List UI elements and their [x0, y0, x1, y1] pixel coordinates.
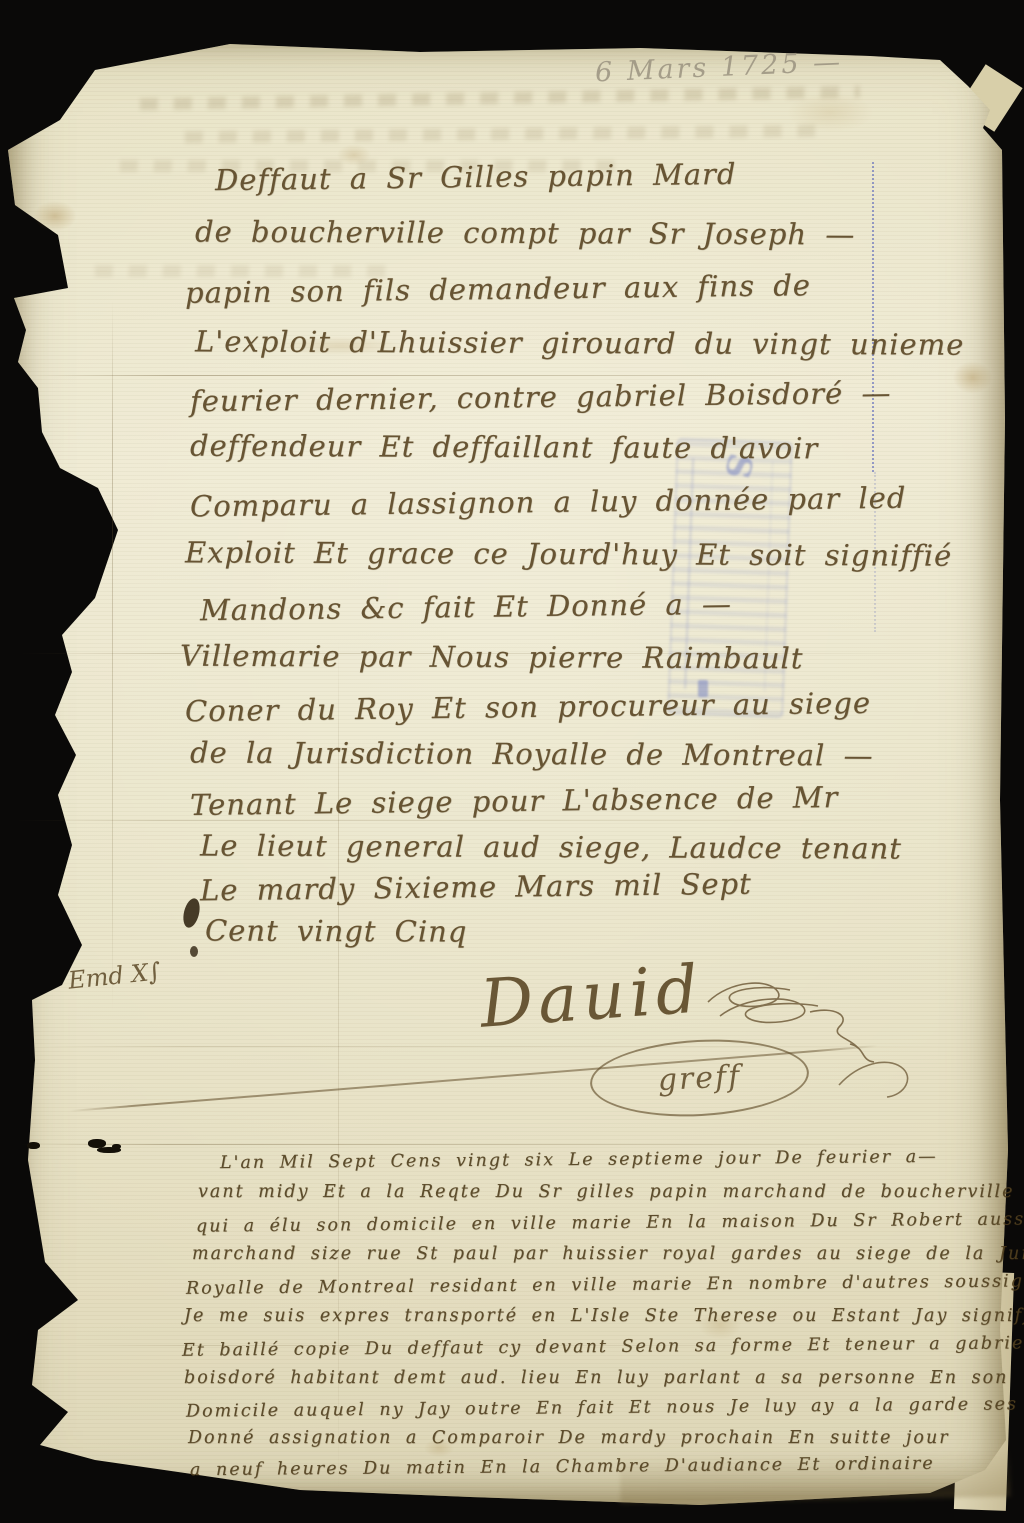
- archival-stamp: [667, 438, 793, 718]
- manuscript-line: boisdoré habitant demt aud. lieu En luy …: [184, 1368, 1008, 1388]
- manuscript-line: Exploit Et grace ce Jourd'huy Et soit si…: [185, 535, 952, 572]
- manuscript-line: Villemarie par Nous pierre Raimbault: [180, 639, 804, 676]
- stain: [945, 355, 1000, 400]
- manuscript-line: marchand size rue St paul par huissier r…: [192, 1244, 1024, 1264]
- crease-tear: [27, 1142, 40, 1149]
- signature-name: Dauid: [478, 950, 706, 1042]
- manuscript-line: Mandons &c fait Et Donné a —: [200, 587, 732, 627]
- clerk-oval-tail: [835, 1045, 925, 1105]
- manuscript-line: vant midy Et a la Reqte Du Sr gilles pap…: [198, 1182, 1015, 1202]
- fold-crease: [15, 820, 990, 821]
- manuscript-line: deffendeur Et deffaillant faute d'avoir: [190, 429, 818, 466]
- manuscript-line: de la Jurisdiction Royalle de Montreal —: [190, 736, 874, 773]
- crease-tear: [97, 1147, 121, 1153]
- manuscript-line: Cent vingt Cinq: [205, 913, 468, 948]
- stain: [25, 195, 85, 237]
- fold-crease-vertical: [112, 300, 113, 1010]
- fold-crease: [20, 1144, 995, 1145]
- manuscript-line: Deffaut a Sr Gilles papin Mard: [215, 157, 737, 197]
- blue-dotted-line: [872, 162, 874, 472]
- ink-blot: [190, 946, 198, 957]
- stain: [770, 85, 890, 140]
- manuscript-line: L'exploit d'Lhuissier girouard du vingt …: [195, 324, 965, 361]
- clerk-title: greff: [657, 1058, 742, 1097]
- manuscript-line: Le mardy Sixieme Mars mil Sept: [200, 867, 752, 908]
- manuscript-line: Donné assignation a Comparoir De mardy p…: [188, 1428, 950, 1448]
- scanned-manuscript-page: S 6 Mars 1725 — Deffaut a Sr Gilles papi…: [0, 0, 1024, 1523]
- manuscript-line: Je me suis expres transporté en L'Isle S…: [184, 1306, 1024, 1326]
- manuscript-line: de boucherville compt par Sr Joseph —: [195, 215, 855, 252]
- manuscript-line: Le lieut general aud siege, Laudce tenan…: [200, 828, 902, 865]
